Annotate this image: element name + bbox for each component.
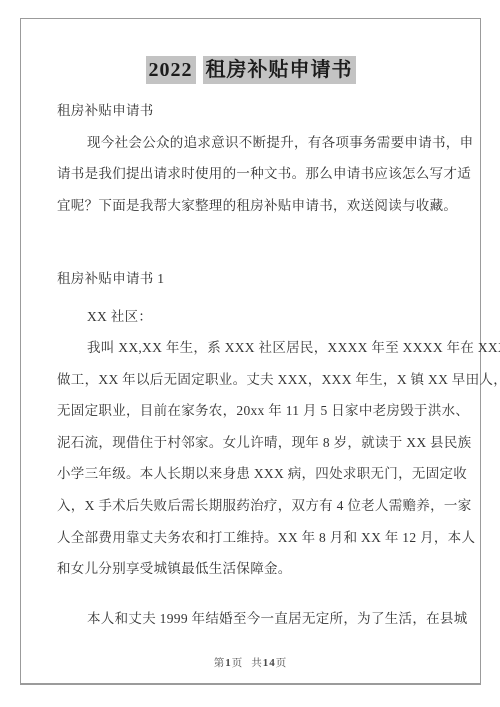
- paragraph-gap: [57, 221, 466, 263]
- document-body: 租房补贴申请书 现今社会公众的追求意识不断提升，有各项事务需要申请书，申 请书是…: [57, 95, 466, 634]
- body-line: 我叫 XX,XX 年生，系 XXX 社区居民，XXXX 年至 XXXX 年在 X…: [57, 332, 466, 364]
- body-line: 小学三年级。本人长期以来身患 XXX 病，四处求职无门，无固定收: [57, 458, 466, 490]
- body-line: 本人和丈夫 1999 年结婚至今一直居无定所，为了生活，在县城: [57, 603, 466, 635]
- body-line: 宜呢？下面是我帮大家整理的租房补贴申请书，欢送阅读与收藏。: [57, 190, 466, 222]
- body-line: 泥石流，现借住于村邻家。女儿许晴，现年 8 岁，就读于 XX 县民族: [57, 427, 466, 459]
- body-line: 请书是我们提出请求时使用的一种文书。那么申请书应该怎么写才适: [57, 158, 466, 190]
- footer-page-prefix: 第: [214, 658, 226, 669]
- footer-total-pages: 14: [263, 657, 276, 669]
- body-line: 现今社会公众的追求意识不断提升，有各项事务需要申请书，申: [57, 127, 466, 159]
- body-line: 人全部费用靠丈夫务农和打工维持。XX 年 8 月和 XX 年 12 月，本人: [57, 522, 466, 554]
- page-footer: 第1页共14页: [21, 655, 480, 670]
- page-title-name: 租房补贴申请书: [203, 56, 356, 84]
- body-line: 租房补贴申请书: [57, 95, 466, 127]
- section-heading: 租房补贴申请书 1: [57, 263, 466, 295]
- footer-total-unit: 页: [276, 658, 288, 669]
- page-title-year: 2022: [146, 56, 196, 84]
- salutation-line: XX 社区：: [57, 301, 466, 333]
- page-title: 2022租房补贴申请书: [21, 55, 480, 85]
- body-line: 入，X 手术后失败后需长期服药治疗，双方有 4 位老人需赡养，一家: [57, 490, 466, 522]
- footer-page-unit: 页: [232, 658, 244, 669]
- paragraph-gap: [57, 585, 466, 603]
- body-line: 无固定职业，目前在家务农，20xx 年 11 月 5 日家中老房毁于洪水、: [57, 395, 466, 427]
- body-line: 和女儿分别享受城镇最低生活保障金。: [57, 553, 466, 585]
- footer-total-label: 共: [251, 655, 263, 670]
- document-page: 2022租房补贴申请书 租房补贴申请书 现今社会公众的追求意识不断提升，有各项事…: [20, 18, 481, 685]
- body-line: 做工，XX 年以后无固定职业。丈夫 XXX，XXX 年生，X 镇 XX 早田人，: [57, 364, 466, 396]
